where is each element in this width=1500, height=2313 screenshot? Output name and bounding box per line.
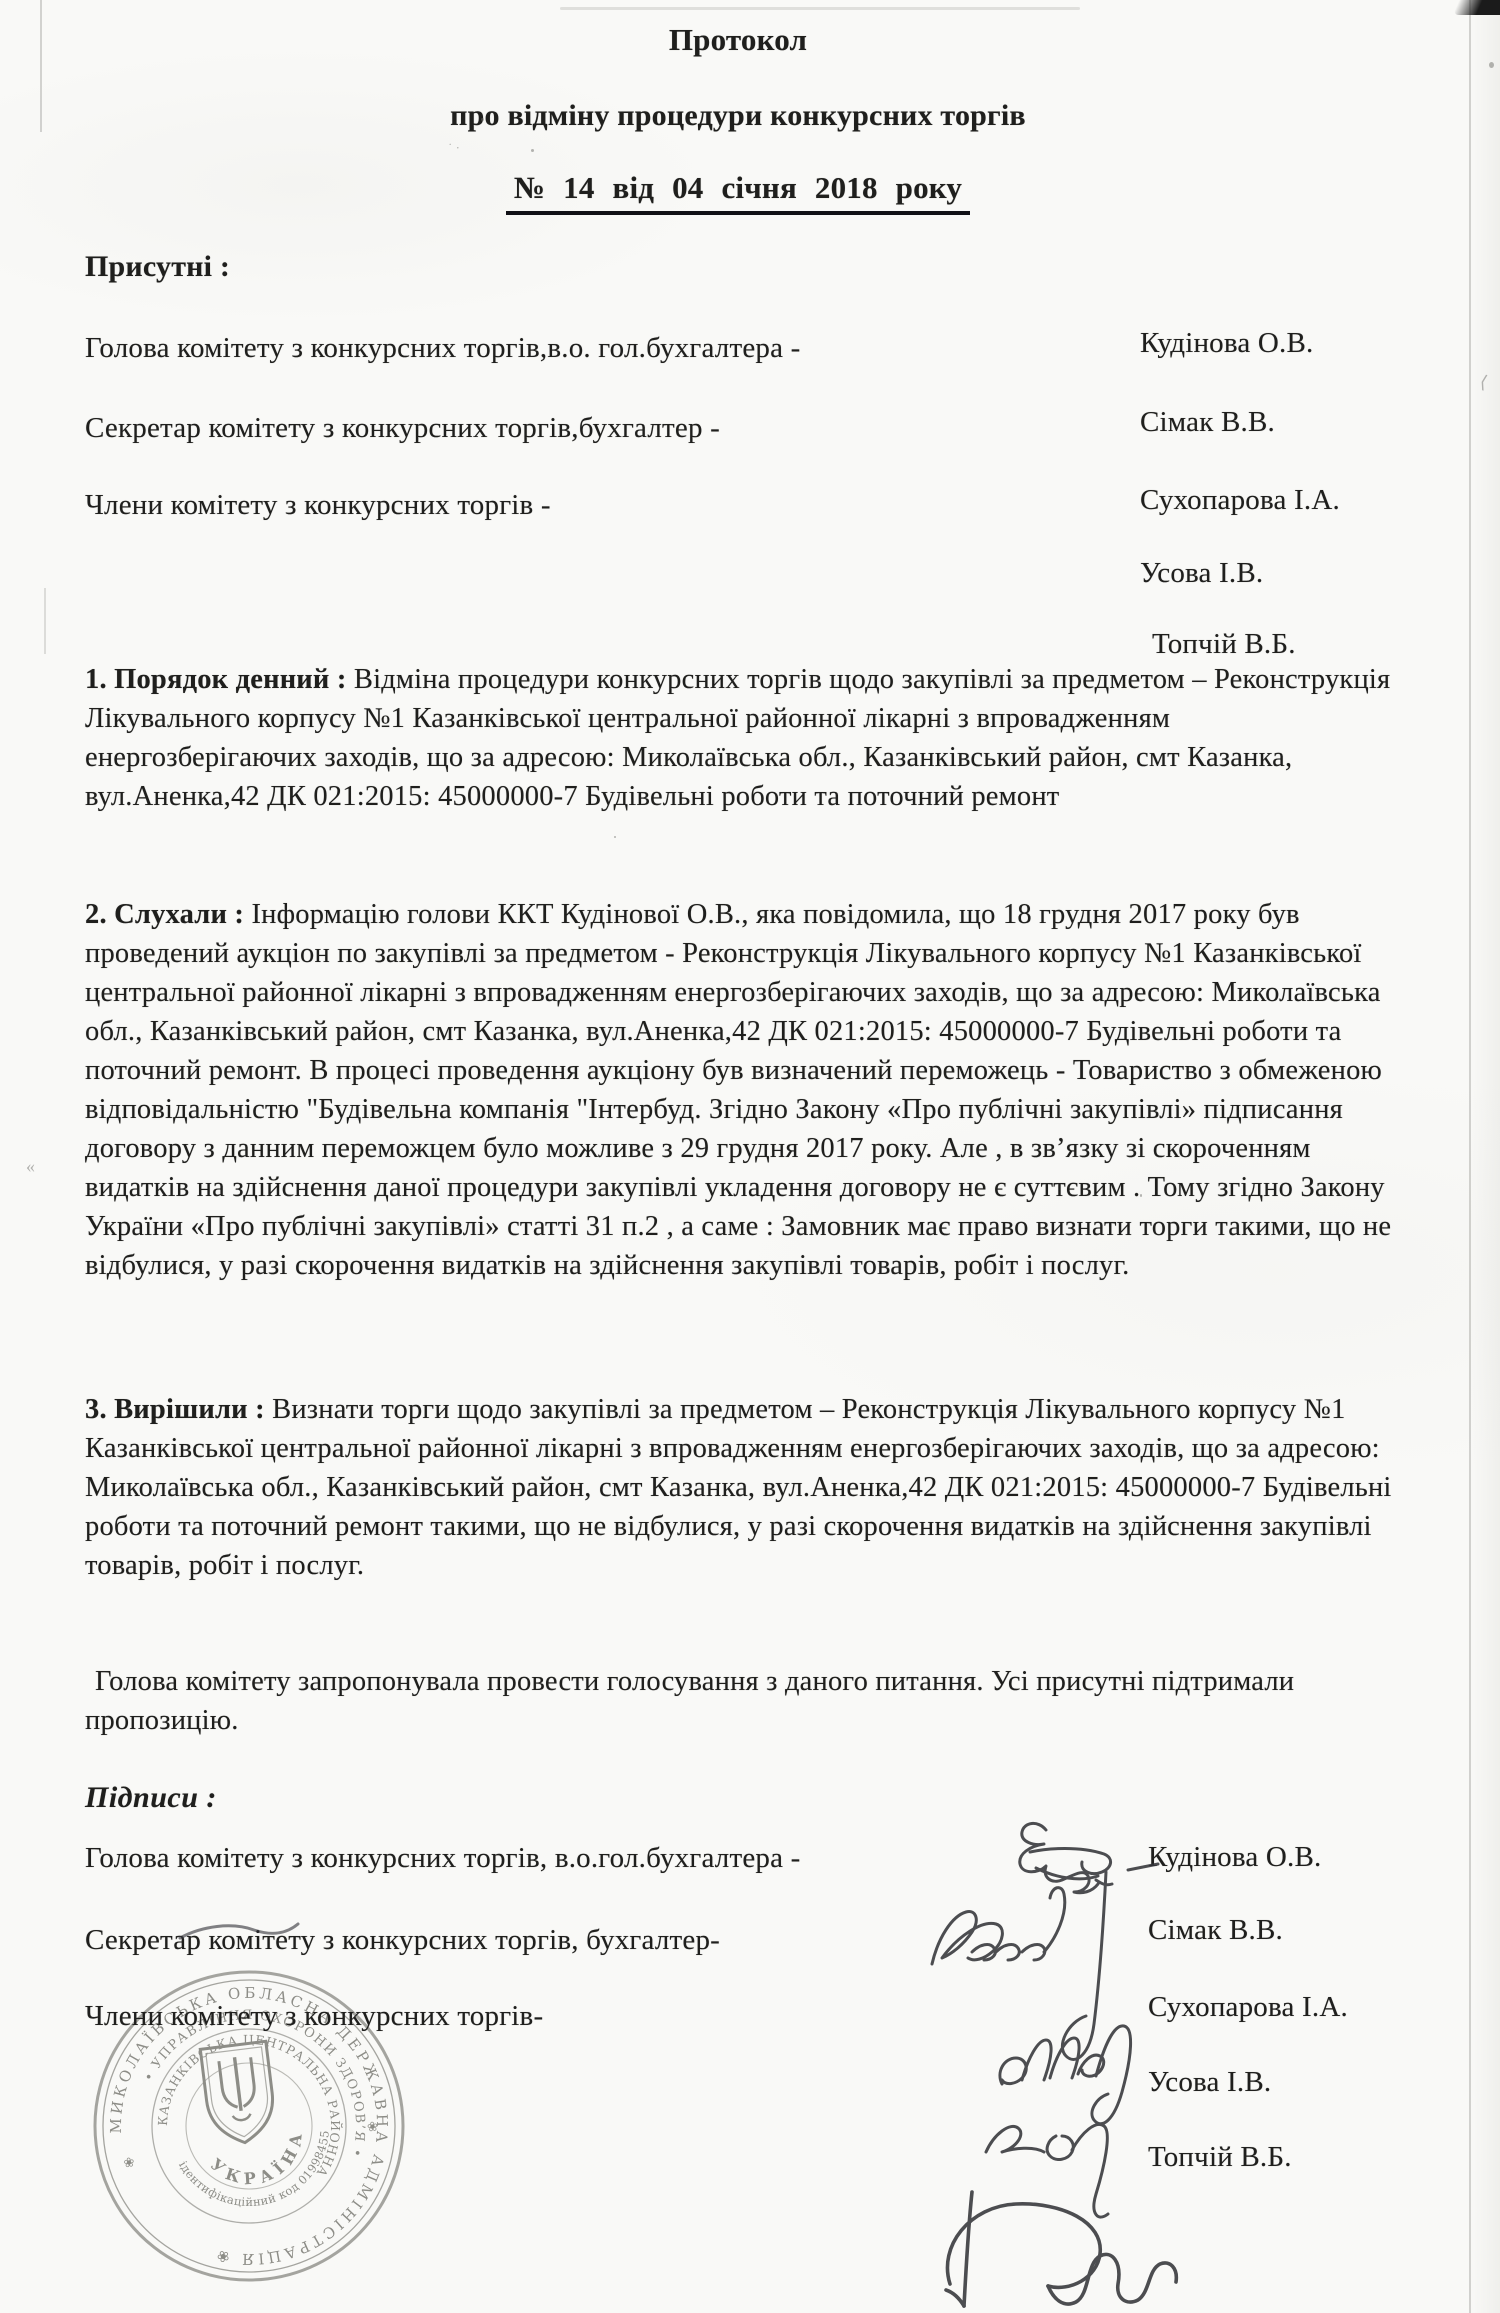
present-name: Сухопарова І.А. xyxy=(1140,484,1340,517)
signature-role: Секретар комітету з конкурсних торгів, б… xyxy=(85,1924,720,1957)
doc-number-underlined: № 14 від 04 січня 2018 року xyxy=(506,170,970,215)
scan-speck xyxy=(1489,62,1494,68)
heard-heading: 2. Слухали : xyxy=(85,899,244,930)
scan-edge-line-right xyxy=(1469,0,1471,2313)
heard-text: Інформацію голови ККТ Кудінової О.В., як… xyxy=(85,899,1391,1281)
decided-heading: 3. Вирішили : xyxy=(85,1394,265,1425)
present-role: Члени комітету з конкурсних торгів - xyxy=(85,489,551,522)
present-name: Топчій В.Б. xyxy=(1152,628,1296,661)
scan-top-smudge xyxy=(560,7,1080,10)
present-role: Секретар комітету з конкурсних торгів,бу… xyxy=(85,412,720,445)
present-role: Голова комітету з конкурсних торгів,в.о.… xyxy=(85,332,801,365)
closing-paragraph: Голова комітету запропонувала провести г… xyxy=(85,1662,1407,1740)
scan-quote-artifact: « xyxy=(26,1156,35,1177)
heard-paragraph: 2. Слухали : Інформацію голови ККТ Кудін… xyxy=(85,895,1407,1285)
scan-dots-artifact: ˙ · xyxy=(448,140,460,156)
scanned-protocol-page: МИКОЛАЇВСЬКА ОБЛАСНА ДЕРЖАВНА АДМІНІСТРА… xyxy=(0,0,1500,2313)
scan-edge-line-left xyxy=(40,0,42,132)
signature-kudinova xyxy=(1020,1823,1158,1892)
page-subtitle: про відміну процедури конкурсних торгів xyxy=(0,99,1476,133)
scan-speck xyxy=(481,118,484,121)
agenda-paragraph: 1. Порядок денний : Відміна процедури ко… xyxy=(85,660,1407,816)
signature-name: Сухопарова І.А. xyxy=(1148,1991,1348,2024)
decided-paragraph: 3. Вирішили : Визнати торги щодо закупів… xyxy=(85,1390,1407,1585)
signature-simak xyxy=(932,1872,1106,2059)
scan-speck xyxy=(614,836,616,838)
signature-usova xyxy=(986,2124,1108,2217)
signature-topchiy xyxy=(946,2192,1176,2306)
trident-emblem xyxy=(200,2041,277,2146)
signature-name: Кудінова О.В. xyxy=(1148,1841,1322,1874)
signature-role: Члени комітету з конкурсних торгів- xyxy=(85,2000,543,2033)
stamp-flower-left: ❀ xyxy=(123,2155,136,2171)
signature-sukhoparova xyxy=(1000,2026,1131,2124)
signature-name: Сімак В.В. xyxy=(1148,1914,1283,1947)
scan-corner-mark xyxy=(1453,0,1500,15)
agenda-heading: 1. Порядок денний : xyxy=(85,664,347,695)
present-name: Сімак В.В. xyxy=(1140,406,1275,439)
present-label: Присутні : xyxy=(85,250,230,284)
stamp-flower-right: ❀ xyxy=(366,2119,379,2135)
signature-role: Голова комітету з конкурсних торгів, в.о… xyxy=(85,1842,801,1875)
decided-text: Визнати торги щодо закупівлі за предмето… xyxy=(85,1394,1392,1581)
scan-curl-artifact: ⟨ xyxy=(1478,371,1490,393)
signatures-label: Підписи : xyxy=(85,1781,217,1815)
scan-edge-mark-left xyxy=(44,588,46,654)
present-name: Кудінова О.В. xyxy=(1140,327,1314,360)
signature-name: Усова І.В. xyxy=(1148,2066,1271,2099)
scan-speck xyxy=(531,149,534,152)
signature-name: Топчій В.Б. xyxy=(1148,2141,1292,2174)
page-title: Протокол xyxy=(0,22,1476,58)
present-name: Усова І.В. xyxy=(1140,557,1263,590)
doc-number-line-wrap: № 14 від 04 січня 2018 року xyxy=(0,170,1476,215)
